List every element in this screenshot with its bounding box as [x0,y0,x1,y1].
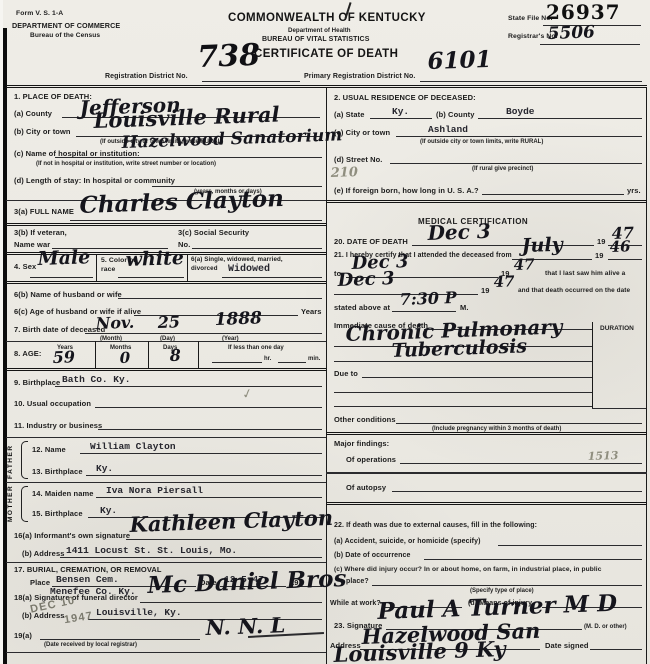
while-at-work-label: While at work? [330,600,381,608]
rule [198,341,199,368]
attended-from-value: July [521,234,563,257]
rule [187,255,188,281]
operations-label: Of operations [346,456,396,464]
form-number: Form V. S. 1-A [16,10,63,17]
rule [396,136,642,137]
rule [6,223,326,226]
full-name-label: 3(a) FULL NAME [14,208,74,216]
dod-value: Dec 3 [427,219,491,245]
rule [140,602,322,603]
rule [30,277,93,278]
rule [6,341,326,342]
other-conditions-label: Other conditions [334,416,396,424]
autopsy-label: Of autopsy [346,484,386,492]
rule [222,277,322,278]
occupation-label: 10. Usual occupation [14,400,91,408]
rule [6,482,326,483]
min-label: min. [308,356,320,362]
rule [362,377,592,378]
informant-signature: Kathleen Clayton [129,505,333,537]
res-state-label: (a) State [334,111,365,119]
birth-day-value: 25 [157,312,180,332]
race-value: white [125,247,184,271]
rule [592,408,646,409]
father-bracket [21,441,28,479]
physician-sig-caption: (M. D. or other) [584,624,627,630]
funeral-director-signature: Mc Daniel Bros [147,565,347,599]
commonwealth-title: COMMONWEALTH OF KENTUCKY [228,13,426,25]
stay-label: (d) Length of stay: In hospital or commu… [14,177,175,185]
due-to-label: Due to [334,370,358,378]
rule [6,562,326,563]
informant-address: 1411 Locust St. St. Louis, Mo. [66,546,237,556]
res-city-label: (c) City or town [334,129,390,137]
rule [96,255,97,281]
rule [326,200,647,203]
res-county-label: (b) County [436,111,475,119]
dod-year-prefix: 19 [597,238,606,246]
received-date-stamp-year: 1947 [63,611,94,626]
mother-name-value: Iva Nora Piersall [106,486,203,496]
external-b-label: (b) Date of occurrence [334,552,411,560]
rule [392,491,642,492]
father-birthplace-value: Ky. [96,464,113,474]
rule [400,463,642,464]
rule [6,281,326,284]
rule [334,406,592,407]
sex-label: 4. Sex [14,263,36,271]
res-county-value: Boyde [506,107,535,117]
foreign-born-label: (e) If foreign born, how long in U. S. A… [334,187,479,195]
street-caption: (If rural give precinct) [472,166,533,172]
rule [96,497,322,498]
age-years-value: 59 [52,347,75,367]
rule [478,118,642,119]
to-year-value: 47 [513,255,534,274]
spouse-label: 6(b) Name of husband or wife [14,291,122,299]
funeral-director-label: 18(a) Signature of funeral director [14,594,138,602]
from-year-prefix: 19 [595,252,604,260]
rule [390,163,642,164]
street-label: (d) Street No. [334,156,382,164]
birthplace-value: Bath Co. Ky. [62,375,130,385]
physician-address-2: Louisville 9 Ky [333,636,506,664]
age-months-value: 0 [119,349,130,367]
cause-value-2: Tuberculosis [391,335,527,362]
state-file-number: 26937 [546,2,621,22]
rule [412,245,594,246]
alive-year-prefix: 19 [481,287,490,295]
father-name-value: William Clayton [90,442,176,452]
rule [212,362,262,363]
rule [392,311,456,312]
age-label: 8. AGE: [14,350,42,358]
race-label-2: race [101,266,115,273]
informant-addr-label: (b) Address [22,550,65,558]
rule [6,368,326,371]
rule [70,220,322,221]
last-alive-value: Dec 3 [337,268,395,291]
burial-address: Louisville, Ky. [96,608,182,618]
mother-bracket [21,486,28,522]
industry-label: 11. Industry or business [14,422,102,430]
marital-label: 6(a) Single, widowed, married, [191,257,283,264]
rule [118,277,184,278]
burial-heading: 17. BURIAL, CREMATION, OR REMOVAL [14,566,162,574]
operations-pencil-note: 1513 [588,449,619,463]
rule [85,333,322,334]
ssn-label: 3(c) Social Security [178,229,249,237]
rule [192,248,322,249]
foreign-unit-label: yrs. [627,187,641,195]
rule [148,341,149,368]
age-days-value: 8 [169,346,181,365]
rule [202,81,300,82]
father-birthplace-label: 13. Birthplace [32,468,83,476]
rule [118,298,322,299]
external-c-label-2: place? [346,578,369,586]
full-name-value: Charles Clayton [79,185,284,219]
rule [372,585,642,586]
bureau-vital: BUREAU OF VITAL STATISTICS [262,36,369,44]
dod-label: 20. DATE OF DEATH [334,238,408,246]
burial-addr-label: (b) Address [22,612,65,620]
birth-month-value: Nov. [95,313,134,333]
from-year-value: 46 [609,237,630,256]
dept-commerce: DEPARTMENT OF COMMERCE [12,22,120,30]
duration-box-border [592,322,593,408]
rule [55,386,322,387]
certify-line-3: and that death occurred on the date [518,287,630,294]
date-signed-label: Date signed [545,642,589,650]
hr-label: hr. [264,356,271,362]
rule [6,437,326,438]
alive-year-value: 47 [493,272,514,291]
rule [424,559,642,560]
rule [60,557,322,558]
age-less-caption: If less than one day [228,345,284,351]
bureau-census: Bureau of the Census [30,32,100,39]
father-side-tab: FATHER [8,441,15,479]
rule [420,81,642,82]
right-border [646,88,647,664]
reg-district-label: Registration District No. [105,73,188,81]
rule [482,194,624,195]
rule [278,362,306,363]
dept-health: Department of Health [288,28,351,34]
street-pencil-note: 210 [330,165,358,181]
rule [326,472,647,474]
rule [95,341,96,368]
county-label: (a) County [14,110,52,118]
rule [126,539,322,540]
rule [396,423,642,424]
res-city-caption: (If outside city or town limits, write R… [420,139,543,145]
death-time-value: 7:30 P [399,288,457,309]
burial-place-label: Place [30,579,50,587]
mother-birthplace-label: 15. Birthplace [32,510,83,518]
res-state-value: Ky. [392,107,409,117]
rule [334,392,592,393]
left-border-bar [3,28,7,664]
registrars-number: 5506 [547,22,595,44]
birthplace-label: 9. Birthplace [14,379,60,387]
city-label: (b) City or town [14,128,71,136]
marital-value: Widowed [228,265,270,275]
primary-district-label: Primary Registration District No. [304,73,415,81]
rule [6,652,326,653]
rule [86,475,322,476]
received-label: 19(a) [14,632,32,640]
marital-label-2: divorced [191,266,218,273]
meridiem-label: M. [460,304,469,312]
res-city-value: Ashland [428,125,468,135]
residence-heading: 2. USUAL RESIDENCE OF DECEASED: [334,94,476,102]
father-name-label: 12. Name [32,446,66,454]
years-unit-label: Years [301,308,322,316]
external-heading: 22. If death was due to external causes,… [334,522,537,530]
rule [40,639,200,640]
veteran-label: 3(b) If veteran, [14,229,67,237]
certificate-title: CERTIFICATE OF DEATH [254,49,398,61]
district-number-handwritten: 738 [197,38,261,75]
hospital-caption: (If not in hospital or institution, writ… [36,161,216,167]
rule [80,453,322,454]
rule [95,407,322,408]
rule [498,545,642,546]
birth-year-value: 1888 [214,308,262,330]
external-a-label: (a) Accident, suicide, or homicide (spec… [334,538,481,546]
received-caption: (Date received by local registrar) [44,642,137,648]
mother-name-label: 14. Maiden name [32,490,94,498]
sex-value: Male [37,246,90,270]
mother-side-tab: MOTHER [8,486,15,522]
certify-line-4: stated above at [334,304,390,312]
rule [334,361,592,362]
rule [55,157,322,158]
pencil-checkmark: ✓ [240,385,255,403]
rule [608,259,642,260]
external-c-label-1: (c) Where did injury occur? In or about … [334,566,602,573]
primary-district-number: 6101 [427,46,492,75]
rule [540,44,640,45]
rule [326,432,647,435]
death-certificate-page: Form V. S. 1-A DEPARTMENT OF COMMERCE Bu… [0,0,650,664]
rule [98,429,322,430]
rule [590,649,642,650]
informant-sig-label: 16(a) Informant's own signature [14,532,130,540]
mother-birthplace-value: Ky. [100,506,117,516]
rule [370,118,432,119]
duration-label: DURATION [600,326,634,333]
certify-line-2: that I last saw him alive a [545,270,625,277]
rule [326,502,647,505]
burial-place-value: Bensen Cem. [56,575,119,585]
major-findings-label: Major findings: [334,440,389,448]
